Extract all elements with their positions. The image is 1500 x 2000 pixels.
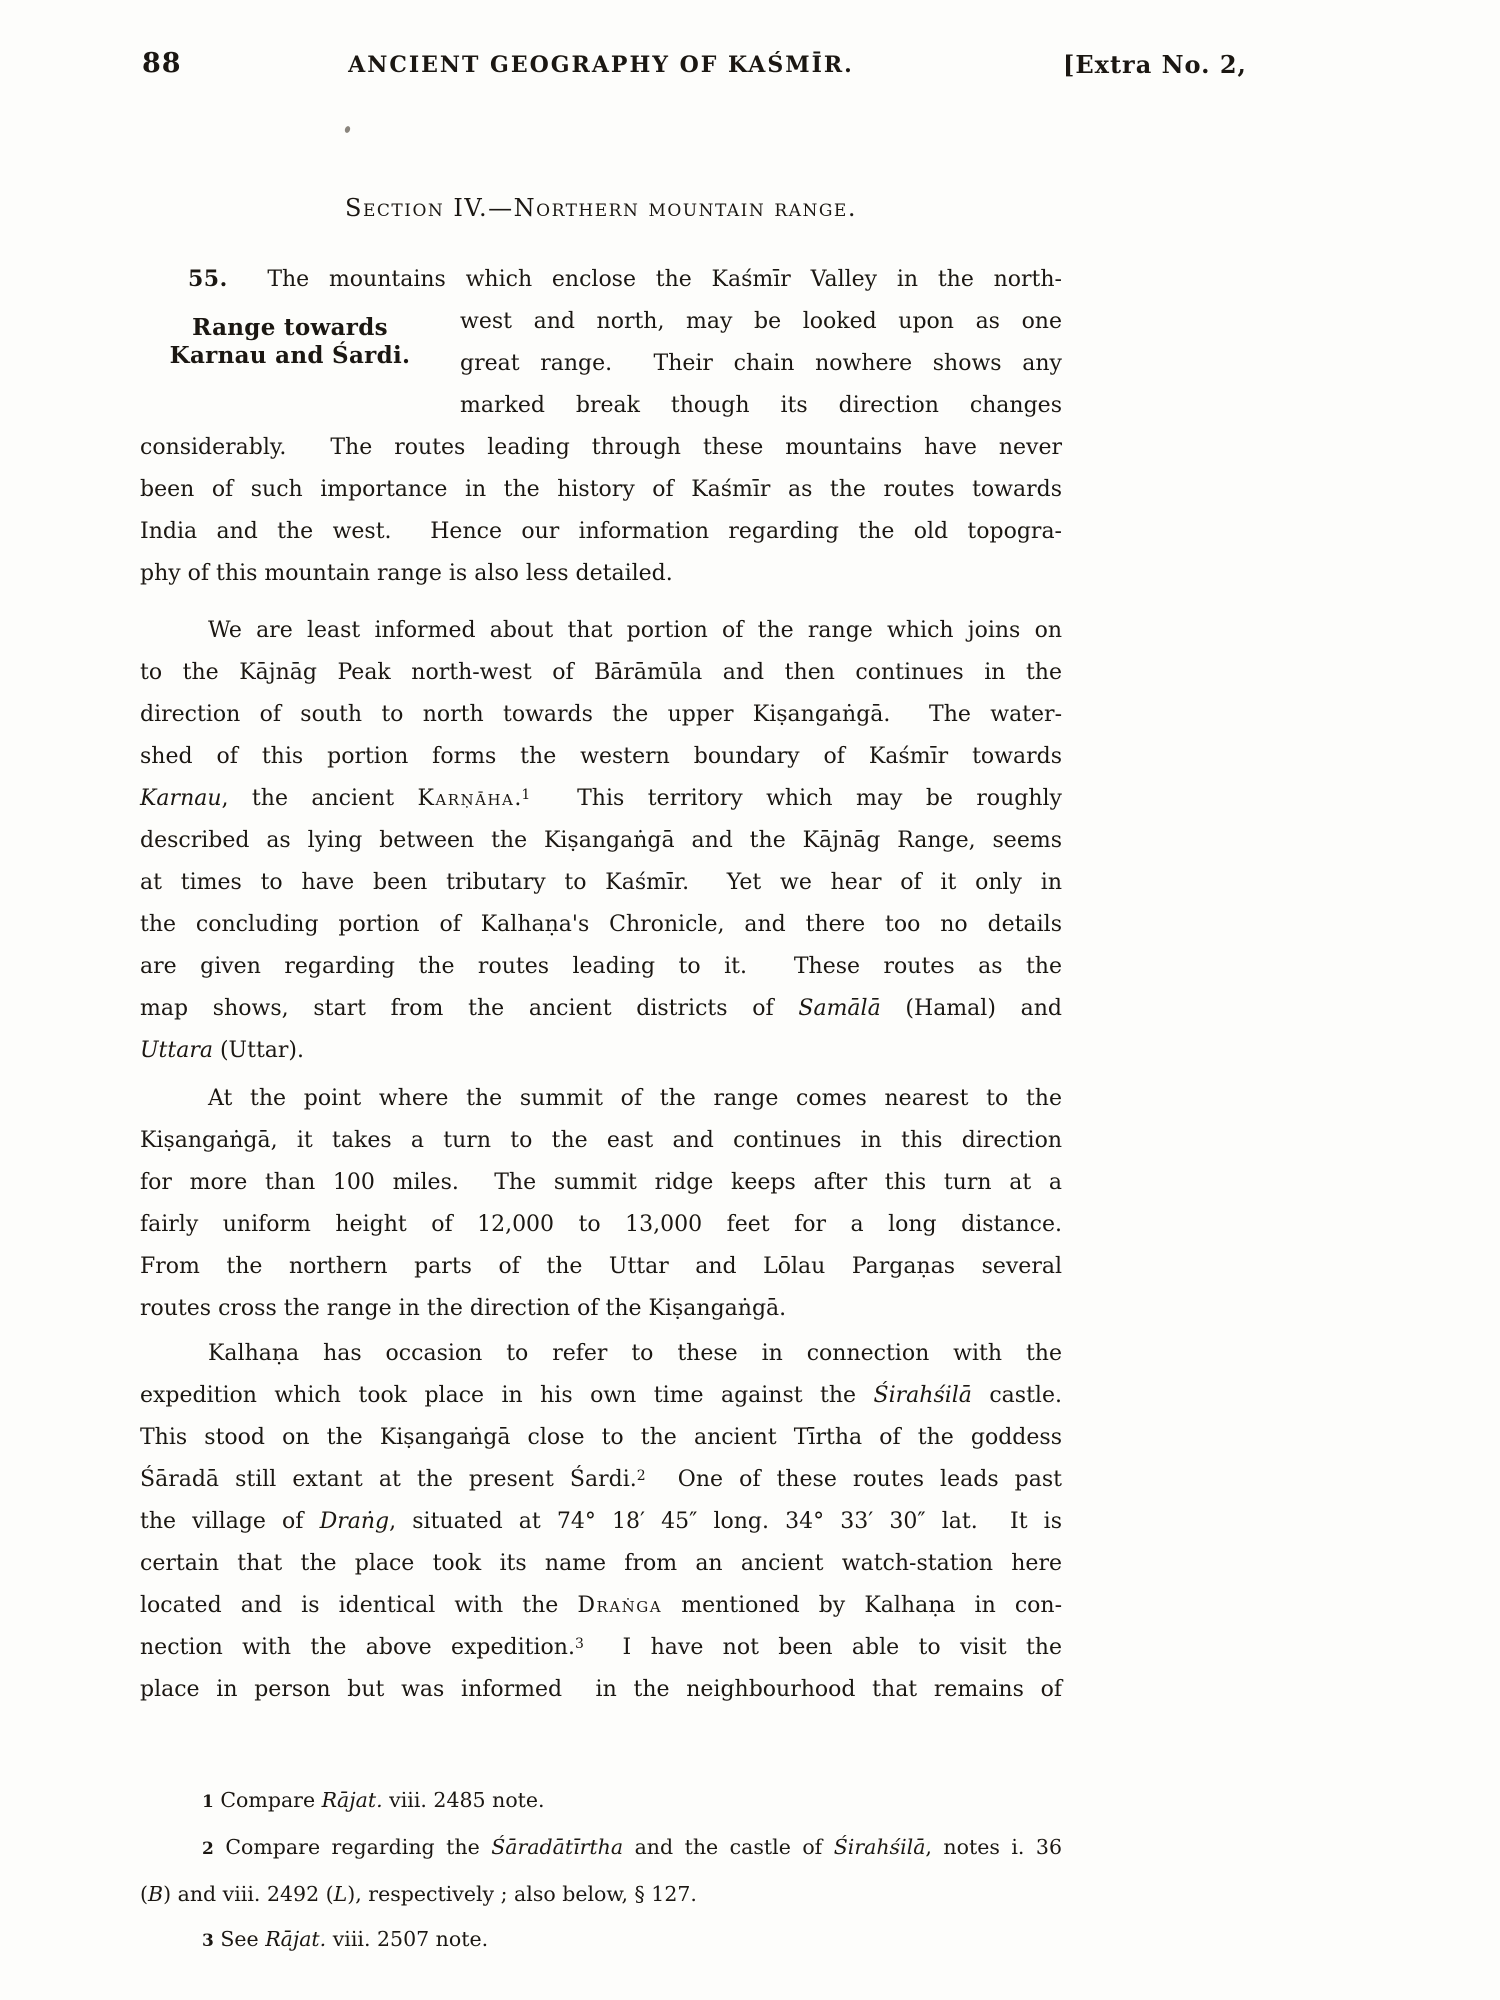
text-line: shed of this portion forms the western b… <box>140 736 1062 778</box>
text-line: fairly uniform height of 12,000 to 13,00… <box>140 1204 1062 1246</box>
footnote-line: (B) and viii. 2492 (L), respectively ; a… <box>140 1872 1062 1917</box>
text-line: Śāradā still extant at the present Śardi… <box>140 1459 1062 1501</box>
paragraph: We are least informed about that portion… <box>140 610 1062 1072</box>
text-line: at times to have been tributary to Kaśmī… <box>140 862 1062 904</box>
text-line: west and north, may be looked upon as on… <box>460 301 1062 343</box>
paragraph: At the point where the summit of the ran… <box>140 1078 1062 1330</box>
text-line: direction of south to north towards the … <box>140 694 1062 736</box>
text-line: expedition which took place in his own t… <box>140 1375 1062 1417</box>
running-header-issue: [Extra No. 2, <box>1063 50 1247 79</box>
paragraph: 55. The mountains which enclose the Kaśm… <box>140 258 1062 595</box>
text-line: At the point where the summit of the ran… <box>140 1078 1062 1120</box>
text-line: great range. Their chain nowhere shows a… <box>460 343 1062 385</box>
text-line: the village of Draṅg, situated at 74° 18… <box>140 1501 1062 1543</box>
footnote-line: 3 See Rājat. viii. 2507 note. <box>140 1917 1062 1964</box>
text-line: to the Kājnāg Peak north-west of Bārāmūl… <box>140 652 1062 694</box>
footnote-line: 2 Compare regarding the Śāradātīrtha and… <box>140 1825 1062 1872</box>
text-line: for more than 100 miles. The summit ridg… <box>140 1162 1062 1204</box>
book-page: 88 ANCIENT GEOGRAPHY OF KAŚMĪR. [Extra N… <box>0 0 1500 2000</box>
running-header-title: ANCIENT GEOGRAPHY OF KAŚMĪR. <box>140 52 1062 78</box>
text-line: This stood on the Kiṣangaṅgā close to th… <box>140 1417 1062 1459</box>
paragraph: Kalhaṇa has occasion to refer to these i… <box>140 1333 1062 1711</box>
text-line: described as lying between the Kiṣangaṅg… <box>140 820 1062 862</box>
scan-artifact-dot <box>344 125 351 133</box>
text-line: map shows, start from the ancient distri… <box>140 988 1062 1030</box>
footnotes: 1 Compare Rājat. viii. 2485 note.2 Compa… <box>140 1778 1062 1964</box>
text-line: marked break though its direction change… <box>460 385 1062 427</box>
text-line: certain that the place took its name fro… <box>140 1543 1062 1585</box>
text-line: place in person but was informed in the … <box>140 1669 1062 1711</box>
text-line: Kiṣangaṅgā, it takes a turn to the east … <box>140 1120 1062 1162</box>
text-line: India and the west. Hence our informatio… <box>140 511 1062 553</box>
section-heading: Section IV.—Northern mountain range. <box>140 194 1062 222</box>
text-line: been of such importance in the history o… <box>140 469 1062 511</box>
text-line: Karnau, the ancient Karṇāha.1 This terri… <box>140 778 1062 820</box>
text-line: are given regarding the routes leading t… <box>140 946 1062 988</box>
text-line: routes cross the range in the direction … <box>140 1288 1062 1330</box>
text-line: located and is identical with the Draṅga… <box>140 1585 1062 1627</box>
text-line: considerably. The routes leading through… <box>140 427 1062 469</box>
text-line: phy of this mountain range is also less … <box>140 553 1062 595</box>
text-line: 55. The mountains which enclose the Kaśm… <box>140 258 1062 301</box>
text-line: the concluding portion of Kalhaṇa's Chro… <box>140 904 1062 946</box>
text-line: We are least informed about that portion… <box>140 610 1062 652</box>
text-line: Uttara (Uttar). <box>140 1030 1062 1072</box>
text-line: Kalhaṇa has occasion to refer to these i… <box>140 1333 1062 1375</box>
footnote-line: 1 Compare Rājat. viii. 2485 note. <box>140 1778 1062 1825</box>
text-line: From the northern parts of the Uttar and… <box>140 1246 1062 1288</box>
text-line: nection with the above expedition.3 I ha… <box>140 1627 1062 1669</box>
